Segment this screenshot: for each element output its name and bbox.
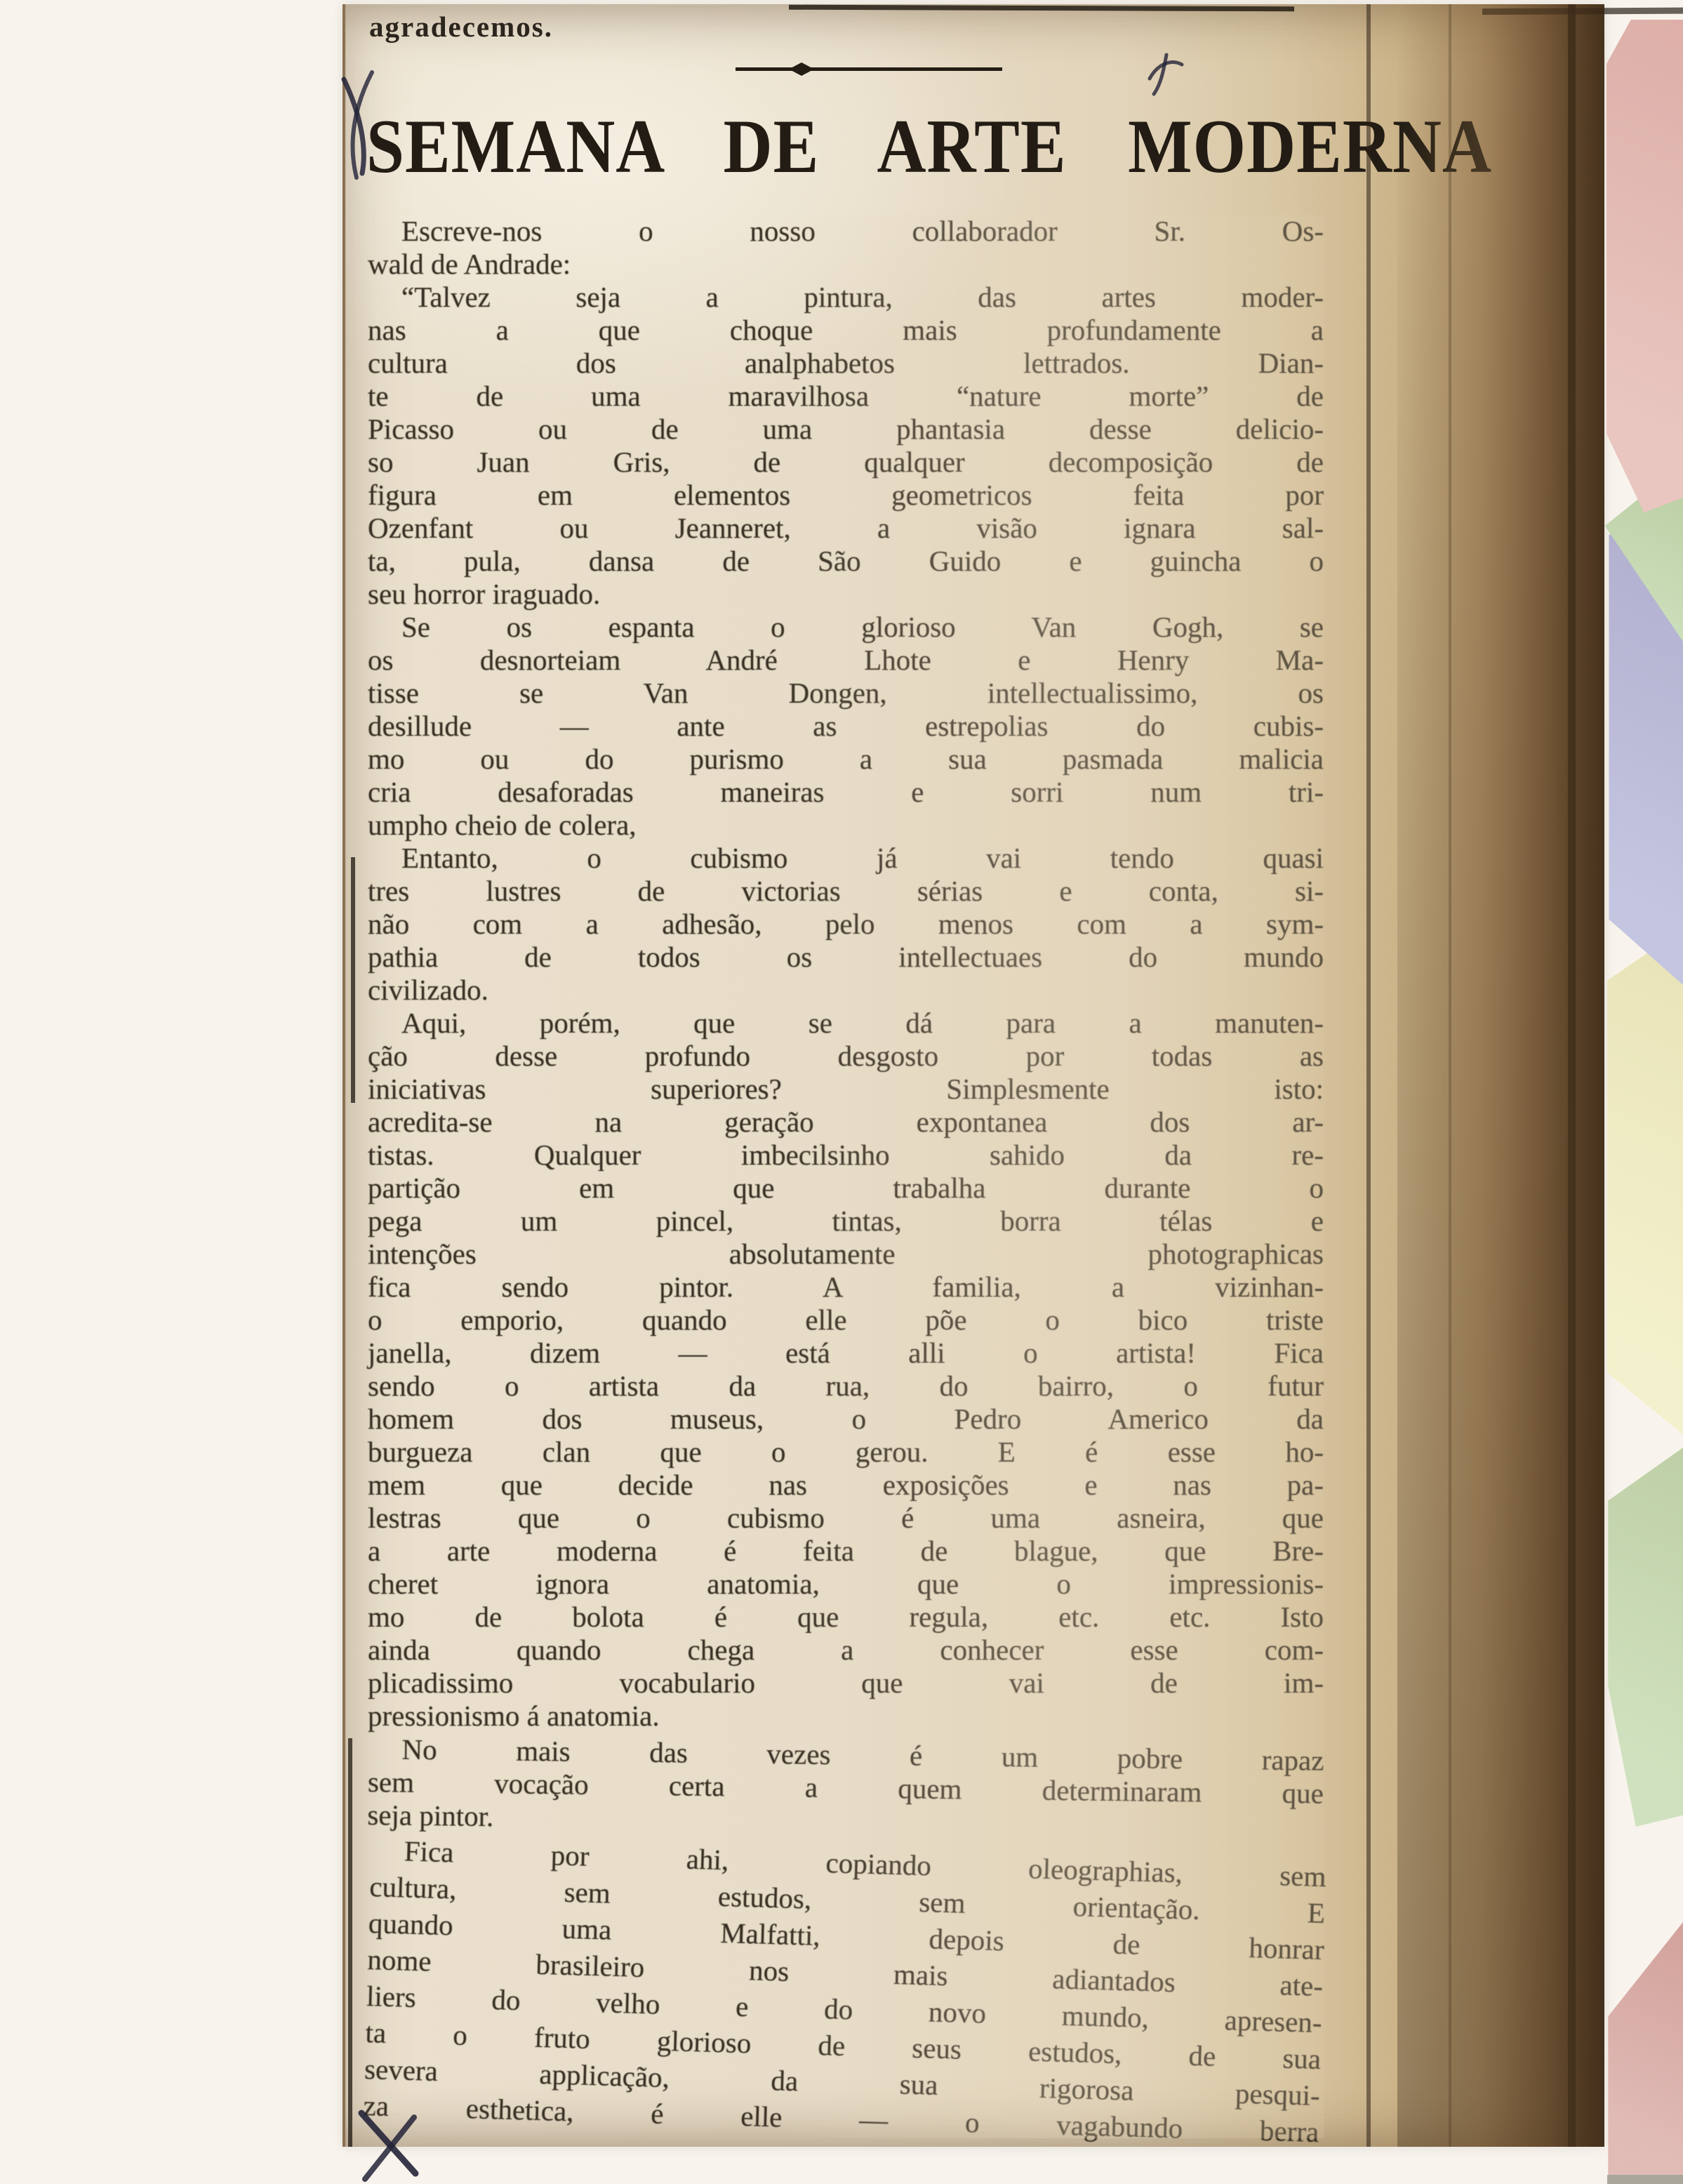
text-line: a arte moderna é feita de blague, que Br… <box>368 1535 1324 1568</box>
torn-top-rule-fragment <box>1482 7 1683 15</box>
paragraph: Entanto, o cubismo já vai tendo quasitre… <box>368 842 1324 1007</box>
section-divider-rule <box>736 67 1002 71</box>
collage-paper-yellow <box>1602 929 1683 1445</box>
paragraph: “Talvez seja a pintura, das artes moder-… <box>368 281 1324 611</box>
text-line: mo de bolota é que regula, etc. etc. Ist… <box>368 1601 1324 1634</box>
collage-paper-pink-bottom <box>1602 1922 1683 2184</box>
text-line: pega um pincel, tintas, borra télas e <box>368 1205 1324 1238</box>
text-line: os desnorteiam André Lhote e Henry Ma- <box>368 644 1324 677</box>
text-line: desillude — ante as estrepolias do cubis… <box>368 710 1324 743</box>
paragraph: Escreve-nos o nosso collaborador Sr. Os-… <box>368 215 1324 281</box>
text-line: homem dos museus, o Pedro Americo da <box>368 1403 1324 1436</box>
text-line: cultura dos analphabetos lettrados. Dian… <box>368 347 1324 380</box>
pen-cross-mark-icon <box>335 67 386 183</box>
left-edge-mark <box>348 1738 352 2147</box>
scanned-scrapbook-page: agradecemos. SEMANA DE ARTE MODERNA Escr… <box>0 0 1683 2184</box>
article-body: Escreve-nos o nosso collaborador Sr. Os-… <box>368 215 1324 2124</box>
text-line: civilizado. <box>368 974 1324 1007</box>
text-line: pressionismo á anatomia. <box>368 1700 1324 1733</box>
text-line: so Juan Gris, de qualquer decomposição d… <box>368 446 1324 479</box>
text-line: cheret ignora anatomia, que o impression… <box>368 1568 1324 1601</box>
text-line: tistas. Qualquer imbecilsinho sahido da … <box>368 1139 1324 1172</box>
text-line: acredita-se na geração expontanea dos ar… <box>368 1106 1324 1139</box>
collage-paper-green-bottom <box>1602 1448 1683 1827</box>
text-line: cria desaforadas maneiras e sorri num tr… <box>368 776 1324 809</box>
text-line: ção desse profundo desgosto por todas as <box>368 1040 1324 1073</box>
text-line: sendo o artista da rua, do bairro, o fut… <box>368 1370 1324 1403</box>
divider-diamond-icon <box>789 62 814 76</box>
paragraph: Se os espanta o glorioso Van Gogh, seos … <box>368 611 1324 842</box>
photo-edge-sliver <box>1607 2175 1683 2184</box>
text-line: Entanto, o cubismo já vai tendo quasi <box>368 842 1324 875</box>
text-line: ainda quando chega a conhecer esse com- <box>368 1634 1324 1667</box>
text-line: tres lustres de victorias sérias e conta… <box>368 875 1324 908</box>
text-line: Picasso ou de uma phantasia desse delici… <box>368 413 1324 446</box>
newspaper-clipping: agradecemos. SEMANA DE ARTE MODERNA Escr… <box>342 4 1604 2147</box>
text-line: não com a adhesão, pelo menos com a sym- <box>368 908 1324 941</box>
text-line: tisse se Van Dongen, intellectualissimo,… <box>368 677 1324 710</box>
left-edge-mark <box>351 857 355 1103</box>
text-line: lestras que o cubismo é uma asneira, que <box>368 1502 1324 1535</box>
text-line: mem que decide nas exposições e nas pa- <box>368 1469 1324 1502</box>
text-line: Ozenfant ou Jeanneret, a visão ignara sa… <box>368 512 1324 545</box>
text-line: nas a que choque mais profundamente a <box>368 314 1324 347</box>
text-line: o emporio, quando elle põe o bico triste <box>368 1304 1324 1337</box>
text-line: intenções absolutamente photographicas <box>368 1238 1324 1271</box>
text-line: fica sendo pintor. A familia, a vizinhan… <box>368 1271 1324 1304</box>
paragraph: No mais das vezes é um pobre rapazsem vo… <box>367 1733 1324 1844</box>
pre-headline-fragment: agradecemos. <box>369 10 553 44</box>
text-line: pathia de todos os intellectuaes do mund… <box>368 941 1324 974</box>
torn-top-rule <box>789 5 1294 12</box>
text-line: Aqui, porém, que se dá para a manuten- <box>368 1007 1324 1040</box>
text-line: figura em elementos geometricos feita po… <box>368 479 1324 512</box>
text-line: “Talvez seja a pintura, das artes moder- <box>368 281 1324 314</box>
page-gutter-shadow <box>1397 4 1604 2147</box>
text-line: plicadissimo vocabulario que vai de im- <box>368 1667 1324 1700</box>
text-line: te de uma maravilhosa “nature morte” de <box>368 380 1324 413</box>
text-line: partição em que trabalha durante o <box>368 1172 1324 1205</box>
text-line: janella, dizem — está alli o artista! Fi… <box>368 1337 1324 1370</box>
pen-x-mark-icon <box>351 2106 430 2184</box>
text-line: iniciativas superiores? Simplesmente ist… <box>368 1073 1324 1106</box>
text-line: mo ou do purismo a sua pasmada malicia <box>368 743 1324 776</box>
paragraph: Aqui, porém, que se dá para a manuten-çã… <box>368 1007 1324 1733</box>
text-line: umpho cheio de colera, <box>368 809 1324 842</box>
text-line: burgueza clan que o gerou. E é esse ho- <box>368 1436 1324 1469</box>
column-rule-dark <box>1568 4 1576 2147</box>
paragraph: Fica por ahi, copiando oleographias, sem… <box>363 1832 1326 2150</box>
text-line: Se os espanta o glorioso Van Gogh, se <box>368 611 1324 644</box>
pen-squiggle-mark-icon <box>1144 49 1188 100</box>
collage-paper-pink-top <box>1602 20 1683 512</box>
text-line: Escreve-nos o nosso collaborador Sr. Os- <box>368 215 1324 248</box>
article-headline: SEMANA DE ARTE MODERNA <box>366 107 1492 187</box>
column-rule-faint <box>1449 4 1451 2147</box>
text-line: ta, pula, dansa de São Guido e guincha o <box>368 545 1324 578</box>
column-rule <box>1366 4 1371 2147</box>
text-line: seu horror iraguado. <box>368 578 1324 611</box>
text-line: wald de Andrade: <box>368 248 1324 281</box>
